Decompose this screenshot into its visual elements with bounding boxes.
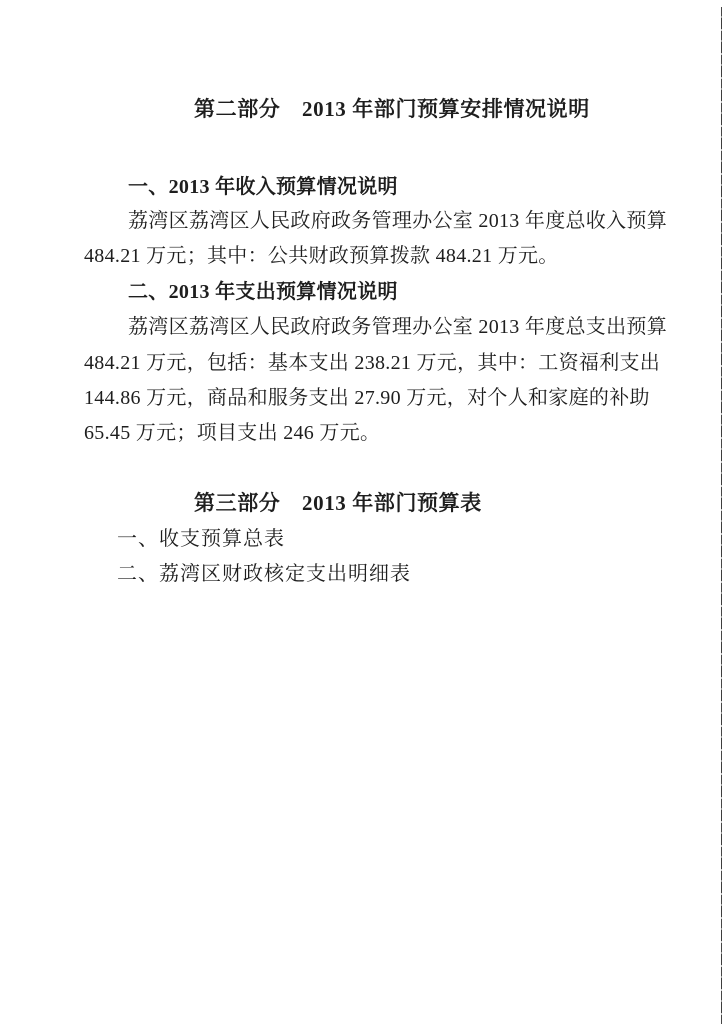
budget-table-item: 一、收支预算总表 (117, 527, 285, 551)
income-paragraph-line: 484.21 万元；其中：公共财政预算拨款 484.21 万元。 (84, 244, 559, 268)
income-paragraph-line: 荔湾区荔湾区人民政府政务管理办公室 2013 年度总收入预算 (128, 209, 667, 233)
scan-edge-line (721, 7, 722, 1024)
part3-title: 第三部分 2013 年部门预算表 (194, 491, 482, 515)
income-section-heading: 一、2013 年收入预算情况说明 (128, 175, 398, 199)
expense-paragraph-line: 484.21 万元，包括：基本支出 238.21 万元，其中：工资福利支出 (84, 351, 660, 375)
expense-section-heading: 二、2013 年支出预算情况说明 (128, 280, 398, 304)
part2-title: 第二部分 2013 年部门预算安排情况说明 (194, 97, 590, 121)
budget-table-item: 二、荔湾区财政核定支出明细表 (117, 562, 411, 586)
expense-paragraph-line: 65.45 万元；项目支出 246 万元。 (84, 421, 380, 445)
document-page: 第二部分 2013 年部门预算安排情况说明 一、2013 年收入预算情况说明 荔… (0, 0, 725, 1024)
expense-paragraph-line: 144.86 万元，商品和服务支出 27.90 万元，对个人和家庭的补助 (84, 386, 650, 410)
expense-paragraph-line: 荔湾区荔湾区人民政府政务管理办公室 2013 年度总支出预算 (128, 315, 667, 339)
